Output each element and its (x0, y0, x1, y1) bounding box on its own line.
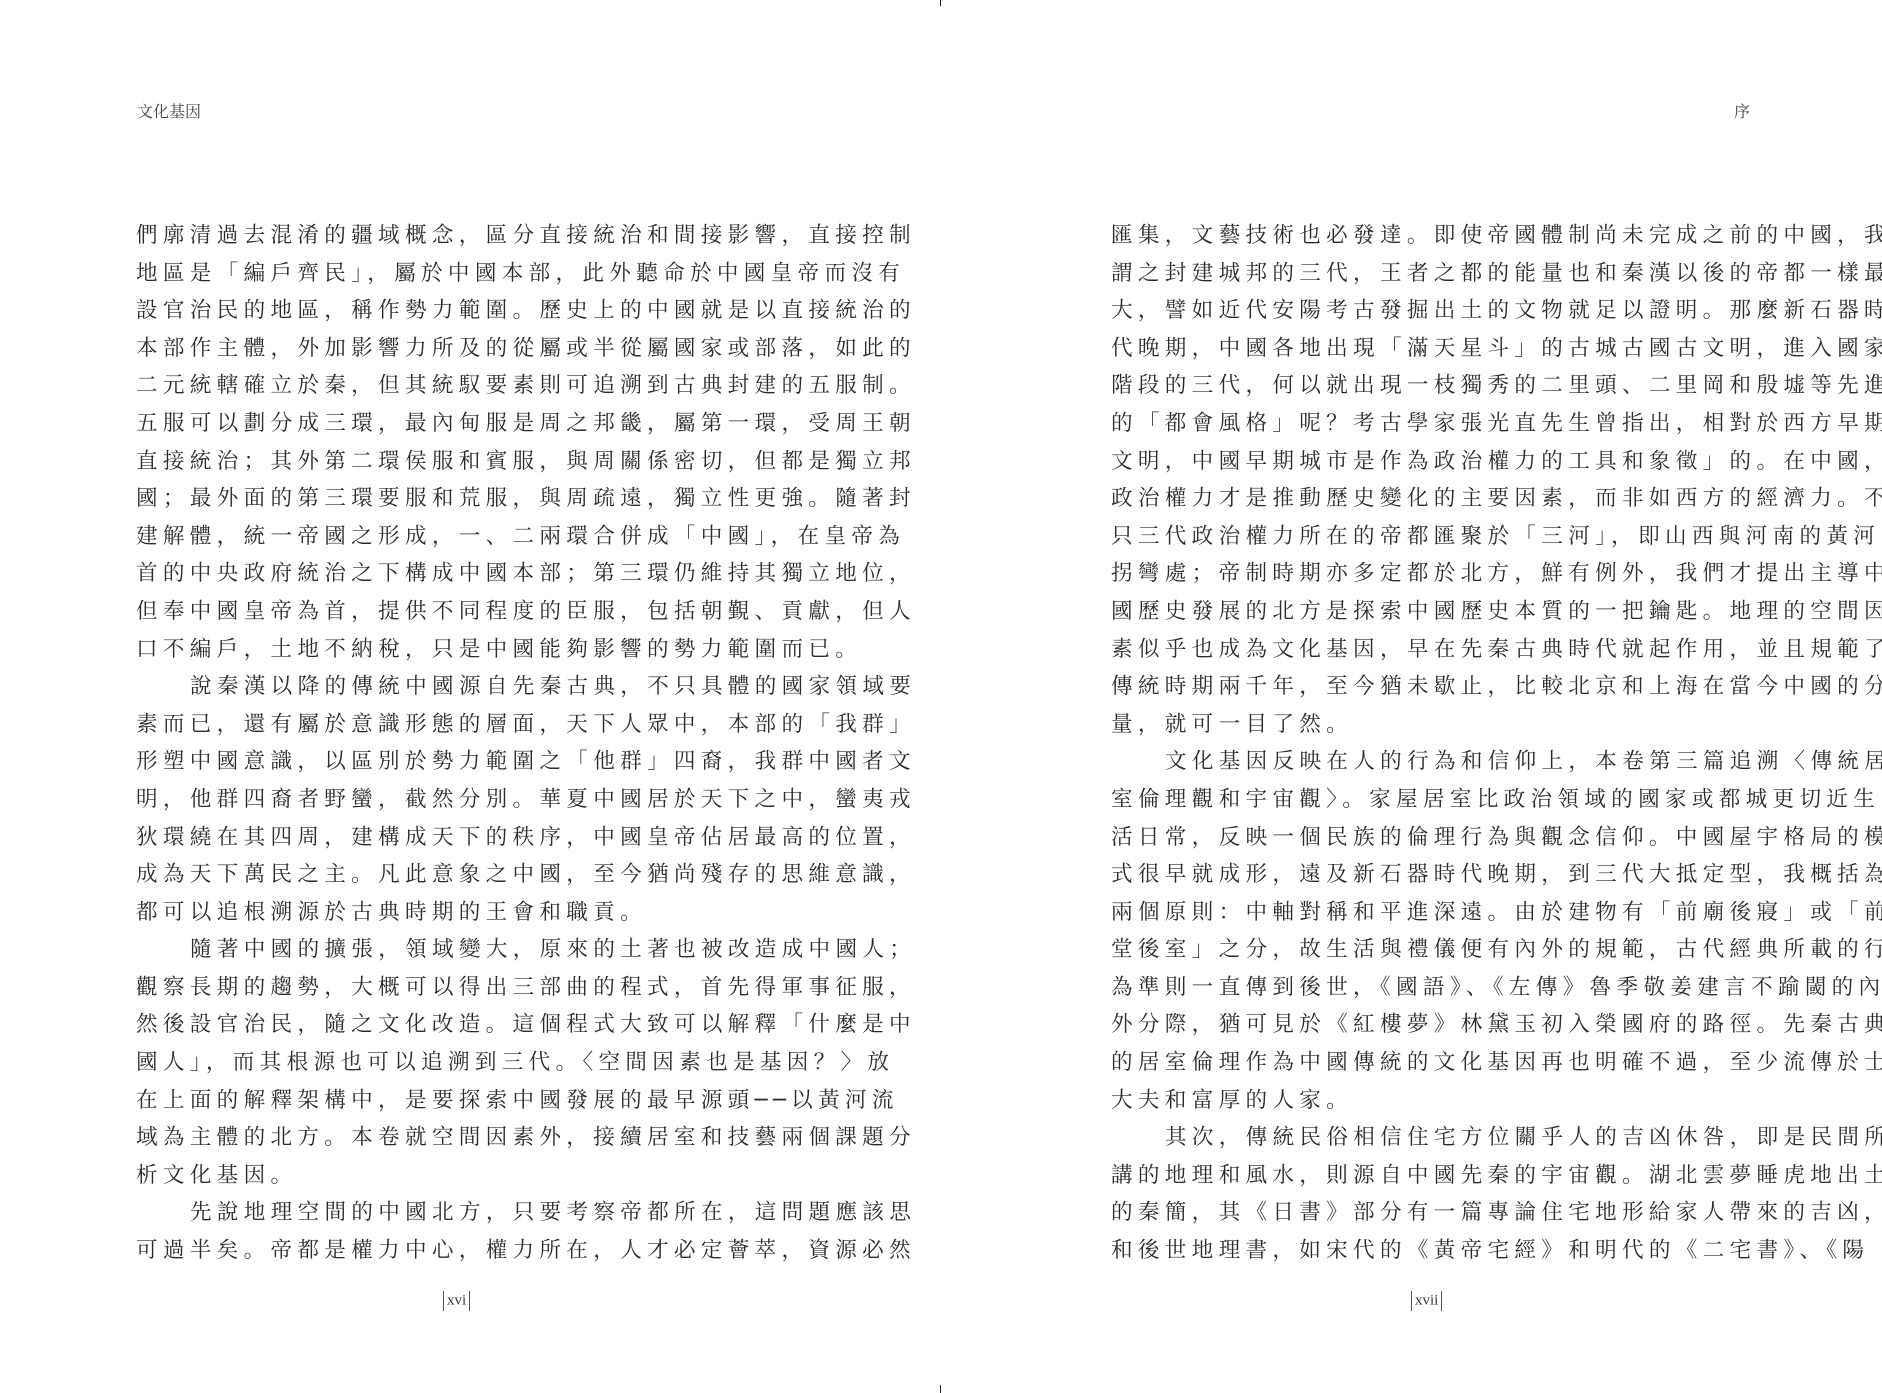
text-line: 只三代政治權力所在的帝都匯聚於「三河」，即山西與河南的黃河 (1111, 518, 1759, 556)
text-line: 活日常，反映一個民族的倫理行為與觀念信仰。中國屋宇格局的模 (1111, 819, 1759, 857)
text-line: 拐彎處；帝制時期亦多定都於北方，鮮有例外，我們才提出主導中 (1111, 555, 1759, 593)
text-line: 外分際，猶可見於《紅樓夢》林黛玉初入榮國府的路徑。先秦古典 (1111, 1006, 1759, 1044)
text-line: 量，就可一目了然。 (1111, 706, 1759, 744)
text-line: 形塑中國意識，以區別於勢力範圍之「他群」四裔，我群中國者文 (136, 743, 784, 781)
text-line: 兩個原則：中軸對稱和平進深遠。由於建物有「前廟後寢」或「前 (1111, 894, 1759, 932)
text-line: 國人」，而其根源也可以追溯到三代。〈空間因素也是基因？〉放 (136, 1044, 784, 1082)
body-text: 們廓清過去混淆的疆域概念，區分直接統治和間接影響，直接控制地區是「編戶齊民」，屬… (136, 217, 784, 1270)
text-line: 堂後室」之分，故生活與禮儀便有內外的規範，古代經典所載的行 (1111, 931, 1759, 969)
text-line: 五服可以劃分成三環，最內甸服是周之邦畿，屬第一環，受周王朝 (136, 405, 784, 443)
folio-bar-left (443, 1291, 444, 1311)
text-line: 大，譬如近代安陽考古發掘出土的文物就足以證明。那麼新石器時 (1111, 292, 1759, 330)
text-line: 設官治民的地區，稱作勢力範圍。歷史上的中國就是以直接統治的 (136, 292, 784, 330)
page-number-value: xvi (447, 1293, 466, 1309)
text-line: 口不編戶，土地不納稅，只是中國能夠影響的勢力範圍而已。 (136, 631, 784, 669)
text-line: 為準則一直傳到後世，《國語》、《左傳》魯季敬姜建言不踰閾的內 (1111, 969, 1759, 1007)
text-line: 和後世地理書，如宋代的《黃帝宅經》和明代的《二宅書》、《陽 (1111, 1232, 1759, 1270)
text-line: 觀察長期的趨勢，大概可以得出三部曲的程式，首先得軍事征服， (136, 969, 784, 1007)
paragraph-first-line: 其次，傳統民俗相信住宅方位關乎人的吉凶休咎，即是民間所 (1111, 1119, 1759, 1157)
text-line: 們廓清過去混淆的疆域概念，區分直接統治和間接影響，直接控制 (136, 217, 784, 255)
text-line: 本部作主體，外加影響力所及的從屬或半從屬國家或部落，如此的 (136, 330, 784, 368)
page-number: xvii (1408, 1290, 1445, 1311)
text-line: 匯集，文藝技術也必發達。即使帝國體制尚未完成之前的中國，我 (1111, 217, 1759, 255)
text-line: 二元統轄確立於秦，但其統馭要素則可追溯到古典封建的五服制。 (136, 367, 784, 405)
paragraph-first-line: 隨著中國的擴張，領域變大，原來的土著也被改造成中國人； (136, 931, 784, 969)
text-line: 首的中央政府統治之下構成中國本部；第三環仍維持其獨立地位， (136, 555, 784, 593)
left-page: 文化基因 們廓清過去混淆的疆域概念，區分直接統治和間接影響，直接控制地區是「編戶… (0, 0, 941, 1393)
text-line: 的居室倫理作為中國傳統的文化基因再也明確不過，至少流傳於士 (1111, 1044, 1759, 1082)
text-line: 傳統時期兩千年，至今猶未歇止，比較北京和上海在當今中國的分 (1111, 668, 1759, 706)
text-line: 但奉中國皇帝為首，提供不同程度的臣服，包括朝覲、貢獻，但人 (136, 593, 784, 631)
text-line: 的秦簡，其《日書》部分有一篇專論住宅地形給家人帶來的吉凶， (1111, 1194, 1759, 1232)
page-number: xvi (440, 1290, 473, 1311)
text-line: 析文化基因。 (136, 1157, 784, 1195)
running-head-chapter-title: 序 (1734, 102, 1750, 122)
text-line: 階段的三代，何以就出現一枝獨秀的二里頭、二里岡和殷墟等先進 (1111, 367, 1759, 405)
text-line: 都可以追根溯源於古典時期的王會和職貢。 (136, 894, 784, 932)
text-line: 政治權力才是推動歷史變化的主要因素，而非如西方的經濟力。不 (1111, 480, 1759, 518)
paragraph-first-line: 文化基因反映在人的行為和信仰上，本卷第三篇追溯〈傳統居 (1111, 743, 1759, 781)
running-head-book-title: 文化基因 (137, 102, 201, 122)
text-line: 建解體，統一帝國之形成，一、二兩環合併成「中國」，在皇帝為 (136, 518, 784, 556)
folio-bar-right (469, 1291, 470, 1311)
text-line: 素而已，還有屬於意識形態的層面，天下人眾中，本部的「我群」 (136, 706, 784, 744)
text-line: 明，他群四裔者野蠻，截然分別。華夏中國居於天下之中，蠻夷戎 (136, 781, 784, 819)
text-line: 可過半矣。帝都是權力中心，權力所在，人才必定薈萃，資源必然 (136, 1232, 784, 1270)
text-line: 成為天下萬民之主。凡此意象之中國，至今猶尚殘存的思維意識， (136, 856, 784, 894)
folio-bar-left (1411, 1291, 1412, 1311)
paragraph-first-line: 說秦漢以降的傳統中國源自先秦古典，不只具體的國家領域要 (136, 668, 784, 706)
paragraph-first-line: 先說地理空間的中國北方，只要考察帝都所在，這問題應該思 (136, 1194, 784, 1232)
right-page: 序 匯集，文藝技術也必發達。即使帝國體制尚未完成之前的中國，我謂之封建城邦的三代… (941, 0, 1882, 1393)
text-line: 講的地理和風水，則源自中國先秦的宇宙觀。湖北雲夢睡虎地出土 (1111, 1157, 1759, 1195)
text-line: 式很早就成形，遠及新石器時代晚期，到三代大抵定型，我概括為 (1111, 856, 1759, 894)
text-line: 國；最外面的第三環要服和荒服，與周疏遠，獨立性更強。隨著封 (136, 480, 784, 518)
text-line: 代晚期，中國各地出現「滿天星斗」的古城古國古文明，進入國家 (1111, 330, 1759, 368)
text-line: 然後設官治民，隨之文化改造。這個程式大致可以解釋「什麼是中 (136, 1006, 784, 1044)
text-line: 室倫理觀和宇宙觀〉。家屋居室比政治領域的國家或都城更切近生 (1111, 781, 1759, 819)
text-line: 謂之封建城邦的三代，王者之都的能量也和秦漢以後的帝都一樣最 (1111, 255, 1759, 293)
text-line: 國歷史發展的北方是探索中國歷史本質的一把鑰匙。地理的空間因 (1111, 593, 1759, 631)
text-line: 直接統治；其外第二環侯服和賓服，與周關係密切，但都是獨立邦 (136, 443, 784, 481)
text-line: 大夫和富厚的人家。 (1111, 1082, 1759, 1120)
text-line: 素似乎也成為文化基因，早在先秦古典時代就起作用，並且規範了 (1111, 631, 1759, 669)
body-text: 匯集，文藝技術也必發達。即使帝國體制尚未完成之前的中國，我謂之封建城邦的三代，王… (1111, 217, 1759, 1270)
page-number-value: xvii (1415, 1293, 1438, 1309)
text-line: 在上面的解釋架構中，是要探索中國發展的最早源頭──以黃河流 (136, 1082, 784, 1120)
text-line: 狄環繞在其四周，建構成天下的秩序，中國皇帝佔居最高的位置， (136, 819, 784, 857)
text-line: 域為主體的北方。本卷就空間因素外，接續居室和技藝兩個課題分 (136, 1119, 784, 1157)
folio-bar-right (1441, 1291, 1442, 1311)
text-line: 文明，中國早期城市是作為政治權力的工具和象徵」的。在中國， (1111, 443, 1759, 481)
text-line: 地區是「編戶齊民」，屬於中國本部，此外聽命於中國皇帝而沒有 (136, 255, 784, 293)
text-line: 的「都會風格」呢？考古學家張光直先生曾指出，相對於西方早期 (1111, 405, 1759, 443)
